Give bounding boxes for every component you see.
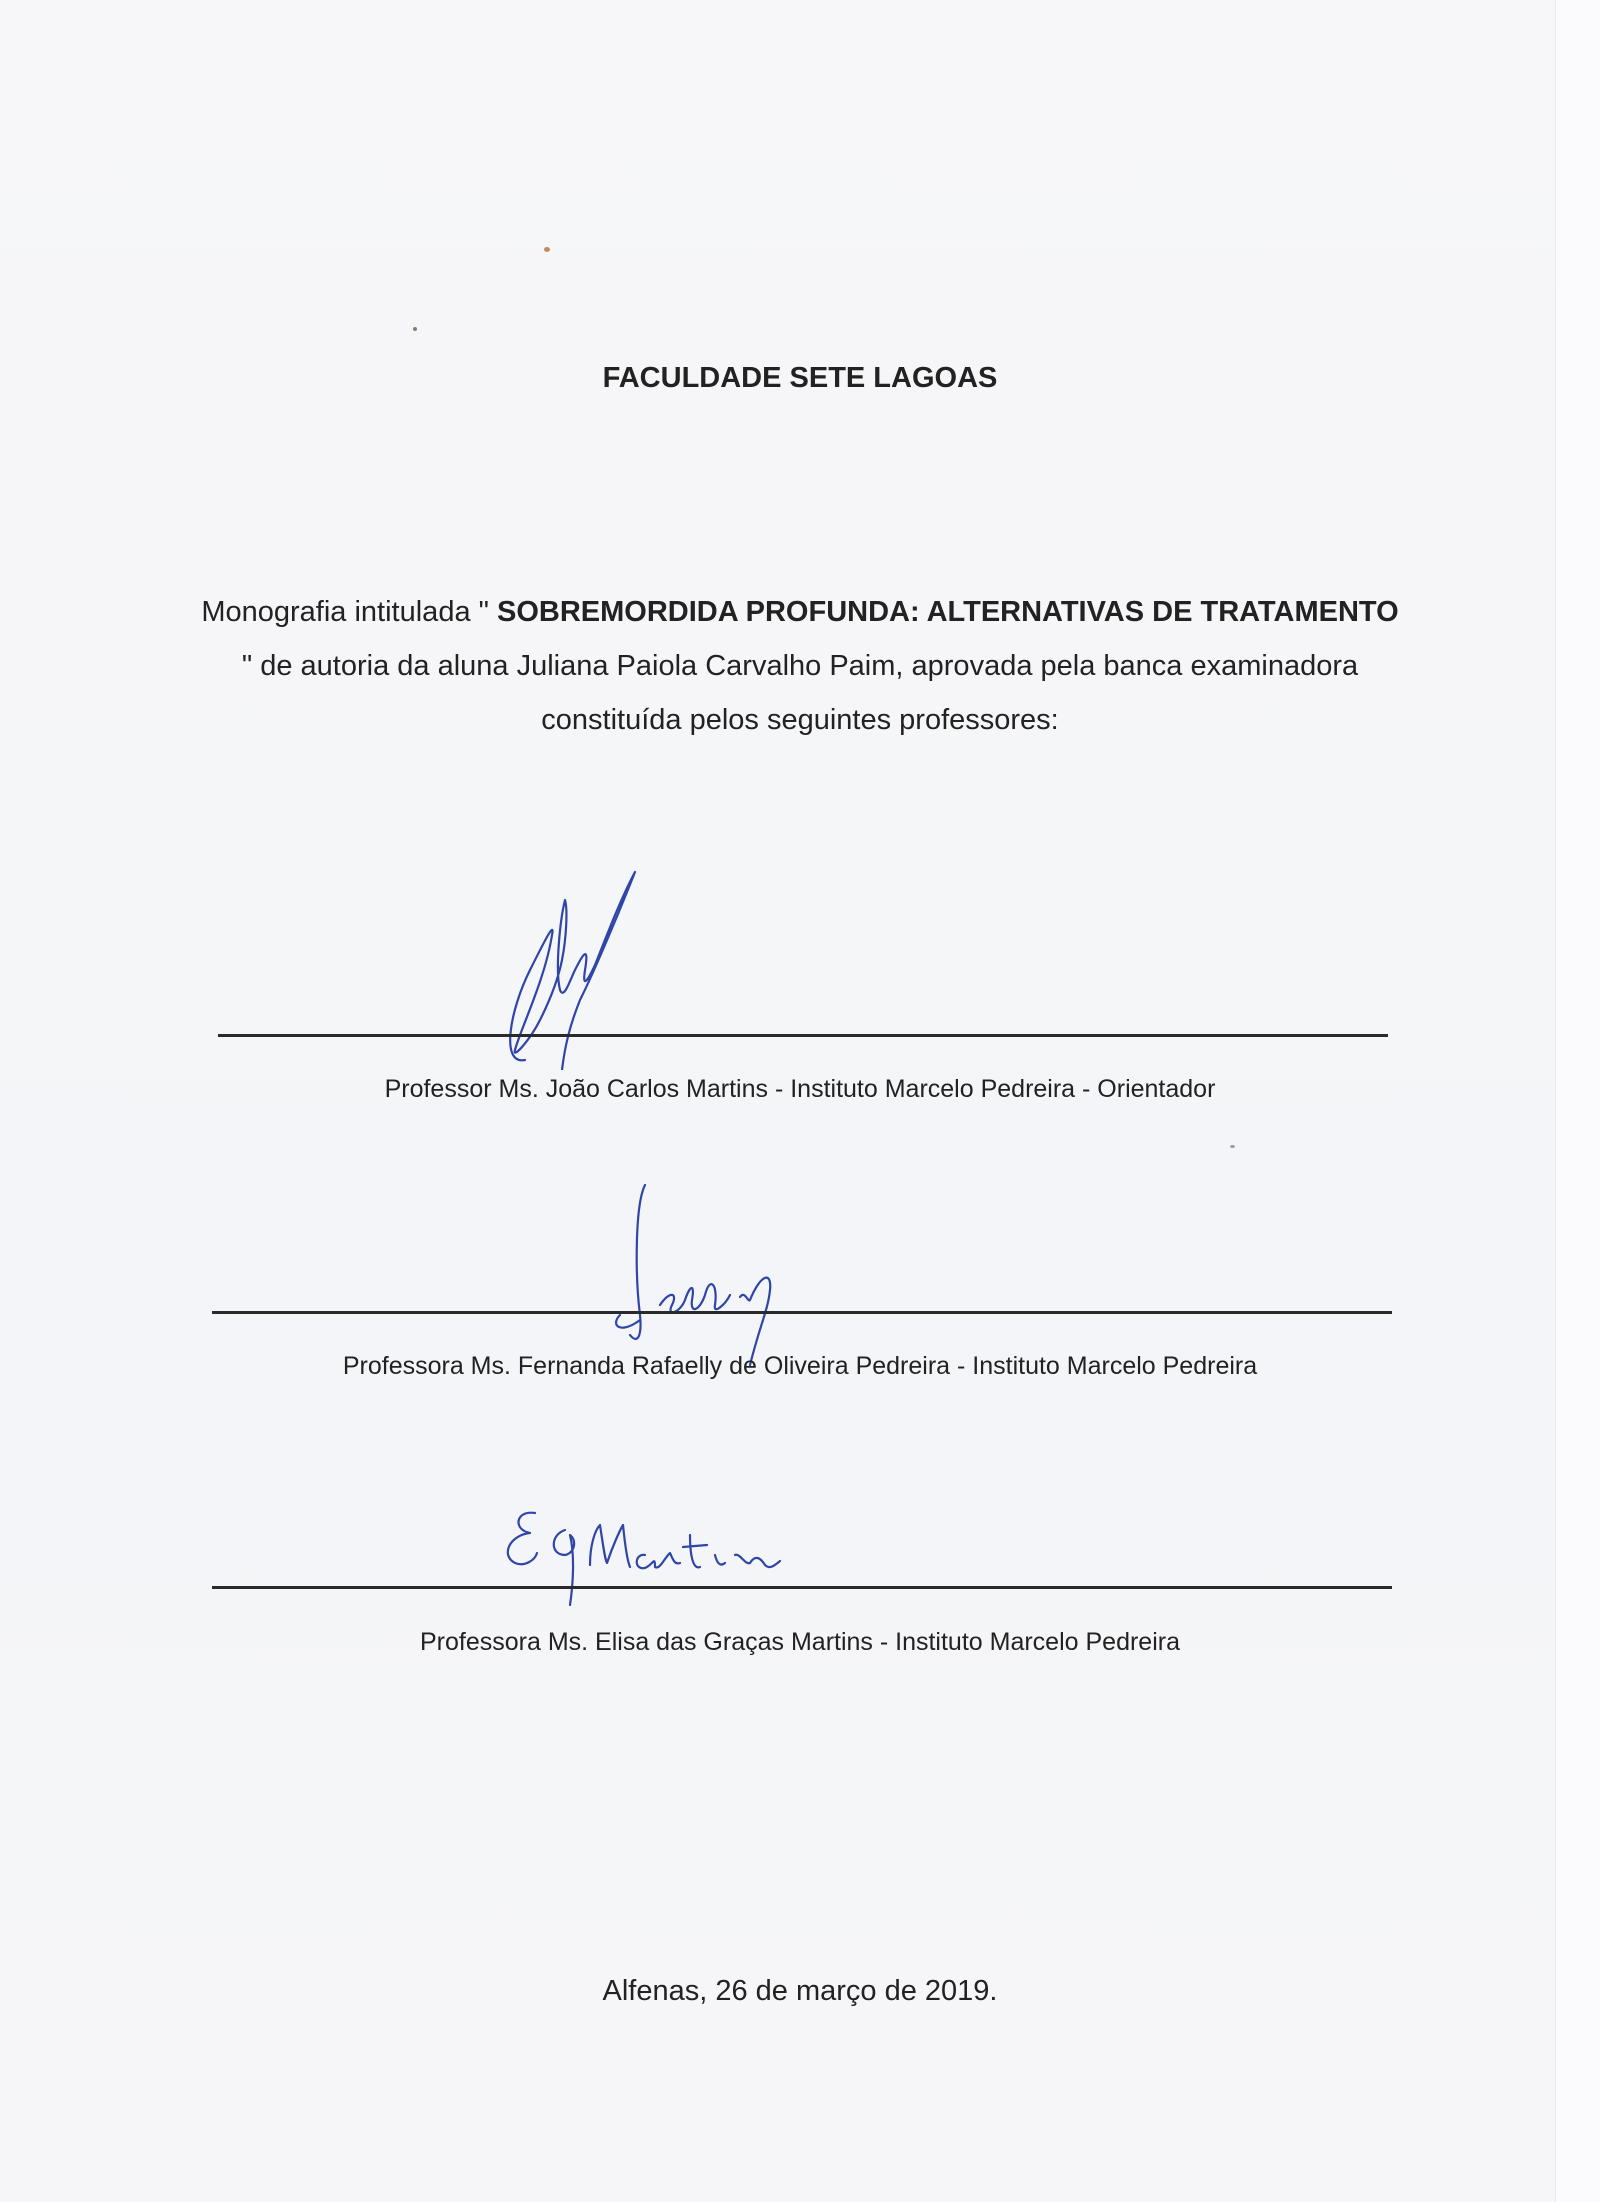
signature-line-2 bbox=[212, 1311, 1392, 1314]
signature-line-1 bbox=[218, 1034, 1388, 1037]
examiner-2-caption: Professora Ms. Fernanda Rafaelly de Oliv… bbox=[0, 1352, 1600, 1381]
scan-speck bbox=[1230, 1145, 1235, 1148]
signature-examiner-3 bbox=[495, 1505, 825, 1615]
place-and-date: Alfenas, 26 de março de 2019. bbox=[0, 1975, 1600, 2008]
institution-title: FACULDADE SETE LAGOAS bbox=[0, 362, 1600, 395]
approval-paragraph: Monografia intitulada " SOBREMORDIDA PRO… bbox=[200, 585, 1400, 747]
scan-speck bbox=[544, 247, 550, 252]
monograph-title: SOBREMORDIDA PROFUNDA: ALTERNATIVAS DE T… bbox=[497, 596, 1399, 628]
scan-speck bbox=[413, 327, 417, 331]
signature-examiner-1 bbox=[470, 860, 750, 1070]
approval-prefix: Monografia intitulada " bbox=[201, 596, 497, 628]
examiner-3-caption: Professora Ms. Elisa das Graças Martins … bbox=[0, 1628, 1600, 1657]
signature-examiner-2 bbox=[600, 1175, 820, 1375]
signature-line-3 bbox=[212, 1586, 1392, 1589]
examiner-1-caption: Professor Ms. João Carlos Martins - Inst… bbox=[0, 1075, 1600, 1104]
approval-suffix: " de autoria da aluna Juliana Paiola Car… bbox=[242, 650, 1358, 736]
